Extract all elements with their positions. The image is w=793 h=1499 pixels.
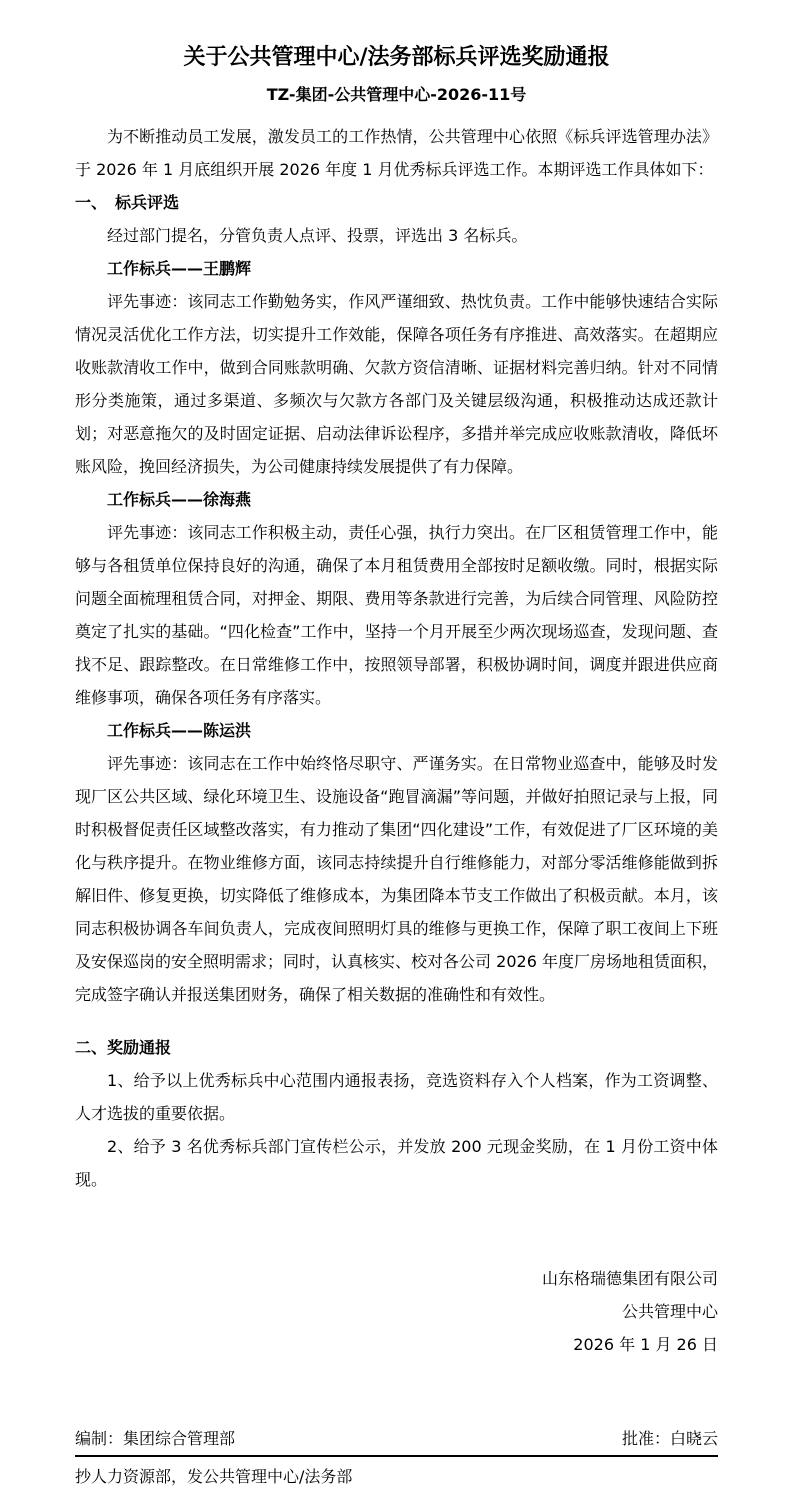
footer-row: 编制：集团综合管理部 批准：白晓云 bbox=[75, 1429, 718, 1457]
intro-paragraph: 为不断推动员工发展，激发员工的工作热情，公共管理中心依照《标兵评选管理办法》于 … bbox=[75, 120, 718, 186]
signature-date: 2026 年 1 月 26 日 bbox=[75, 1328, 718, 1361]
winner3-heading: 工作标兵——陈运洪 bbox=[75, 714, 718, 747]
document-number: TZ-集团-公共管理中心-2026-11号 bbox=[75, 84, 718, 106]
signature-department: 公共管理中心 bbox=[75, 1295, 718, 1328]
signature-company: 山东格瑞德集团有限公司 bbox=[75, 1262, 718, 1295]
prepared-by-label: 编制：集团综合管理部 bbox=[75, 1429, 235, 1449]
winner2-deeds: 评先事迹：该同志工作积极主动，责任心强，执行力突出。在厂区租赁管理工作中，能够与… bbox=[75, 516, 718, 714]
signature-block: 山东格瑞德集团有限公司 公共管理中心 2026 年 1 月 26 日 bbox=[75, 1262, 718, 1361]
document-page: 关于公共管理中心/法务部标兵评选奖励通报 TZ-集团-公共管理中心-2026-1… bbox=[0, 0, 793, 1499]
winner-block-3: 工作标兵——陈运洪 评先事迹：该同志在工作中始终恪尽职守、严谨务实。在日常物业巡… bbox=[75, 714, 718, 1011]
winner2-heading: 工作标兵——徐海燕 bbox=[75, 483, 718, 516]
section1-lead: 经过部门提名，分管负责人点评、投票，评选出 3 名标兵。 bbox=[75, 219, 718, 252]
winner-block-1: 工作标兵——王鹏辉 评先事迹：该同志工作勤勉务实，作风严谨细致、热忱负责。工作中… bbox=[75, 252, 718, 483]
footer-block: 编制：集团综合管理部 批准：白晓云 抄人力资源部，发公共管理中心/法务部 bbox=[75, 1429, 718, 1489]
section2-item-1: 1、给予以上优秀标兵中心范围内通报表扬，竞选资料存入个人档案，作为工资调整、人才… bbox=[75, 1064, 718, 1130]
winner3-deeds: 评先事迹：该同志在工作中始终恪尽职守、严谨务实。在日常物业巡查中，能够及时发现厂… bbox=[75, 747, 718, 1011]
section2-heading: 二、奖励通报 bbox=[75, 1031, 718, 1064]
section1-heading: 一、 标兵评选 bbox=[75, 186, 718, 219]
approved-by-label: 批准：白晓云 bbox=[622, 1429, 718, 1449]
winner1-heading: 工作标兵——王鹏辉 bbox=[75, 252, 718, 285]
cc-line: 抄人力资源部，发公共管理中心/法务部 bbox=[75, 1465, 718, 1489]
section2-item-2: 2、给予 3 名优秀标兵部门宣传栏公示，并发放 200 元现金奖励，在 1 月份… bbox=[75, 1130, 718, 1196]
winner1-deeds: 评先事迹：该同志工作勤勉务实，作风严谨细致、热忱负责。工作中能够快速结合实际情况… bbox=[75, 285, 718, 483]
winner-block-2: 工作标兵——徐海燕 评先事迹：该同志工作积极主动，责任心强，执行力突出。在厂区租… bbox=[75, 483, 718, 714]
document-title: 关于公共管理中心/法务部标兵评选奖励通报 bbox=[75, 42, 718, 74]
